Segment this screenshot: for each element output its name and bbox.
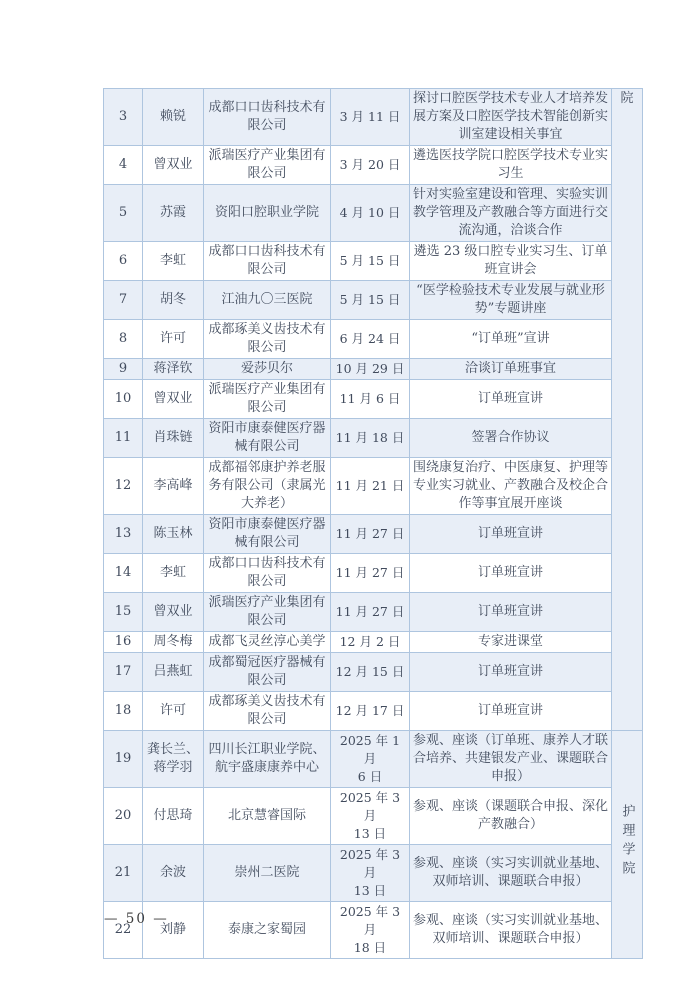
organization-cell: 成都飞灵丝淳心美学 [204,632,331,653]
visitor-name-cell: 陈玉林 [143,515,204,554]
row-number-cell: 6 [104,242,143,281]
visitor-name-cell: 付思琦 [143,788,204,845]
organization-cell: 成都口口齿科技术有限公司 [204,242,331,281]
table-row: 6 李虹 成都口口齿科技术有限公司 5 月 15 日 遴选 23 级口腔专业实习… [104,242,643,281]
date-cell: 5 月 15 日 [331,281,410,320]
row-number-cell: 15 [104,593,143,632]
table-row: 20 付思琦 北京慧睿国际 2025 年 3 月 13 日 参观、座谈（课题联合… [104,788,643,845]
visitor-name-cell: 曾双业 [143,593,204,632]
organization-cell: 派瑞医疗产业集团有限公司 [204,146,331,185]
date-cell: 2025 年 3 月 13 日 [331,845,410,902]
table-row: 5 苏霞 资阳口腔职业学院 4 月 10 日 针对实验室建设和管理、实验实训教学… [104,185,643,242]
table-row: 8 许可 成都琢美义齿技术有限公司 6 月 24 日 “订单班”宣讲 [104,320,643,359]
row-number-cell: 17 [104,653,143,692]
purpose-cell: 订单班宣讲 [410,515,612,554]
table-row: 13 陈玉林 资阳市康泰健医疗器械有限公司 11 月 27 日 订单班宣讲 [104,515,643,554]
table-row: 15 曾双业 派瑞医疗产业集团有限公司 11 月 27 日 订单班宣讲 [104,593,643,632]
organization-cell: 成都蜀冠医疗器械有限公司 [204,653,331,692]
college-label: 护理学院 [621,804,634,880]
table-row: 21 余波 崇州二医院 2025 年 3 月 13 日 参观、座谈（实习实训就业… [104,845,643,902]
purpose-cell: 围绕康复治疗、中医康复、护理等专业实习就业、产教融合及校企合作等事宜展开座谈 [410,458,612,515]
organization-cell: 成都琢美义齿技术有限公司 [204,320,331,359]
visitor-name-cell: 胡冬 [143,281,204,320]
purpose-cell: 订单班宣讲 [410,692,612,731]
table-row: 12 李高峰 成都福邻康护养老服务有限公司（隶属光大养老） 11 月 21 日 … [104,458,643,515]
organization-cell: 四川长江职业学院、航宇盛康康养中心 [204,731,331,788]
table-row: 10 曾双业 派瑞医疗产业集团有限公司 11 月 6 日 订单班宣讲 [104,380,643,419]
date-cell: 11 月 27 日 [331,593,410,632]
row-number-cell: 16 [104,632,143,653]
date-cell: 6 月 24 日 [331,320,410,359]
date-cell: 3 月 11 日 [331,89,410,146]
organization-cell: 派瑞医疗产业集团有限公司 [204,593,331,632]
date-cell: 11 月 27 日 [331,554,410,593]
visitor-name-cell: 龚长兰、蒋学羽 [143,731,204,788]
purpose-cell: 针对实验室建设和管理、实验实训教学管理及产教融合等方面进行交流沟通，洽谈合作 [410,185,612,242]
date-cell: 5 月 15 日 [331,242,410,281]
purpose-cell: 参观、座谈（实习实训就业基地、双师培训、课题联合申报） [410,902,612,959]
visitor-name-cell: 赖锐 [143,89,204,146]
date-cell: 2025 年 3 月 18 日 [331,902,410,959]
row-number-cell: 19 [104,731,143,788]
row-number-cell: 11 [104,419,143,458]
date-cell: 3 月 20 日 [331,146,410,185]
row-number-cell: 18 [104,692,143,731]
table-row: 16 周冬梅 成都飞灵丝淳心美学 12 月 2 日 专家进课堂 [104,632,643,653]
table-row: 11 肖珠链 资阳市康泰健医疗器械有限公司 11 月 18 日 签署合作协议 [104,419,643,458]
row-number-cell: 7 [104,281,143,320]
table-row: 22 刘静 泰康之家蜀园 2025 年 3 月 18 日 参观、座谈（实习实训就… [104,902,643,959]
organization-cell: 江油九〇三医院 [204,281,331,320]
purpose-cell: 订单班宣讲 [410,593,612,632]
organization-cell: 资阳市康泰健医疗器械有限公司 [204,419,331,458]
organization-cell: 泰康之家蜀园 [204,902,331,959]
purpose-cell: 订单班宣讲 [410,380,612,419]
row-number-cell: 3 [104,89,143,146]
row-number-cell: 8 [104,320,143,359]
organization-cell: 成都口口齿科技术有限公司 [204,89,331,146]
table-row: 9 蒋泽钦 爱莎贝尔 10 月 29 日 洽谈订单班事宜 [104,359,643,380]
organization-cell: 北京慧睿国际 [204,788,331,845]
purpose-cell: 专家进课堂 [410,632,612,653]
document-page: 3 赖锐 成都口口齿科技术有限公司 3 月 11 日 探讨口腔医学技术专业人才培… [0,0,700,989]
row-number-cell: 5 [104,185,143,242]
table-row: 14 李虹 成都口口齿科技术有限公司 11 月 27 日 订单班宣讲 [104,554,643,593]
date-cell: 12 月 15 日 [331,653,410,692]
row-number-cell: 20 [104,788,143,845]
visit-table-body: 3 赖锐 成都口口齿科技术有限公司 3 月 11 日 探讨口腔医学技术专业人才培… [104,89,643,959]
purpose-cell: “医学检验技术专业发展与就业形势”专题讲座 [410,281,612,320]
date-cell: 2025 年 3 月 13 日 [331,788,410,845]
date-cell: 10 月 29 日 [331,359,410,380]
visitor-name-cell: 许可 [143,692,204,731]
visitor-name-cell: 李虹 [143,242,204,281]
organization-cell: 成都口口齿科技术有限公司 [204,554,331,593]
date-cell: 12 月 17 日 [331,692,410,731]
visitor-name-cell: 李虹 [143,554,204,593]
table-row: 4 曾双业 派瑞医疗产业集团有限公司 3 月 20 日 遴选医技学院口腔医学技术… [104,146,643,185]
row-number-cell: 13 [104,515,143,554]
visitor-name-cell: 曾双业 [143,380,204,419]
table-row: 17 吕燕虹 成都蜀冠医疗器械有限公司 12 月 15 日 订单班宣讲 [104,653,643,692]
visitor-name-cell: 肖珠链 [143,419,204,458]
purpose-cell: “订单班”宣讲 [410,320,612,359]
college-label: 院 [620,91,633,106]
date-cell: 11 月 18 日 [331,419,410,458]
organization-cell: 派瑞医疗产业集团有限公司 [204,380,331,419]
date-cell: 11 月 27 日 [331,515,410,554]
date-cell: 11 月 21 日 [331,458,410,515]
table-row: 19 龚长兰、蒋学羽 四川长江职业学院、航宇盛康康养中心 2025 年 1 月 … [104,731,643,788]
visitor-name-cell: 吕燕虹 [143,653,204,692]
college-cell: 院 [612,89,643,731]
visitor-name-cell: 李高峰 [143,458,204,515]
visitor-name-cell: 余波 [143,845,204,902]
purpose-cell: 订单班宣讲 [410,554,612,593]
row-number-cell: 21 [104,845,143,902]
date-cell: 4 月 10 日 [331,185,410,242]
purpose-cell: 参观、座谈（订单班、康养人才联合培养、共建银发产业、课题联合申报） [410,731,612,788]
date-cell: 2025 年 1 月 6 日 [331,731,410,788]
visit-record-table: 3 赖锐 成都口口齿科技术有限公司 3 月 11 日 探讨口腔医学技术专业人才培… [103,88,643,959]
row-number-cell: 12 [104,458,143,515]
purpose-cell: 遴选医技学院口腔医学技术专业实习生 [410,146,612,185]
visitor-name-cell: 许可 [143,320,204,359]
row-number-cell: 10 [104,380,143,419]
table-row: 3 赖锐 成都口口齿科技术有限公司 3 月 11 日 探讨口腔医学技术专业人才培… [104,89,643,146]
organization-cell: 爱莎贝尔 [204,359,331,380]
visitor-name-cell: 蒋泽钦 [143,359,204,380]
purpose-cell: 洽谈订单班事宜 [410,359,612,380]
purpose-cell: 参观、座谈（课题联合申报、深化产教融合） [410,788,612,845]
organization-cell: 崇州二医院 [204,845,331,902]
college-cell: 护理学院 [612,731,643,959]
visitor-name-cell: 曾双业 [143,146,204,185]
purpose-cell: 签署合作协议 [410,419,612,458]
page-number: — 50 — [104,911,169,927]
purpose-cell: 遴选 23 级口腔专业实习生、订单班宣讲会 [410,242,612,281]
purpose-cell: 订单班宣讲 [410,653,612,692]
row-number-cell: 9 [104,359,143,380]
organization-cell: 成都福邻康护养老服务有限公司（隶属光大养老） [204,458,331,515]
visitor-name-cell: 苏霞 [143,185,204,242]
organization-cell: 资阳口腔职业学院 [204,185,331,242]
organization-cell: 成都琢美义齿技术有限公司 [204,692,331,731]
table-row: 18 许可 成都琢美义齿技术有限公司 12 月 17 日 订单班宣讲 [104,692,643,731]
visitor-name-cell: 周冬梅 [143,632,204,653]
row-number-cell: 14 [104,554,143,593]
row-number-cell: 4 [104,146,143,185]
organization-cell: 资阳市康泰健医疗器械有限公司 [204,515,331,554]
date-cell: 12 月 2 日 [331,632,410,653]
purpose-cell: 参观、座谈（实习实训就业基地、双师培训、课题联合申报） [410,845,612,902]
date-cell: 11 月 6 日 [331,380,410,419]
purpose-cell: 探讨口腔医学技术专业人才培养发展方案及口腔医学技术智能创新实训室建设相关事宜 [410,89,612,146]
table-row: 7 胡冬 江油九〇三医院 5 月 15 日 “医学检验技术专业发展与就业形势”专… [104,281,643,320]
